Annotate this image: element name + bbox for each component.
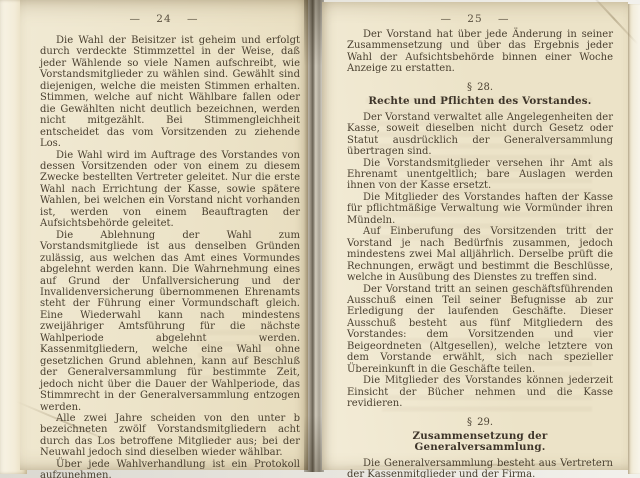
book-scan: — 24 — Die Wahl der Beisitzer ist geheim…	[0, 0, 640, 478]
body-paragraph: Auf Einberufung des Vorsitzenden tritt d…	[347, 226, 613, 283]
body-paragraph: Die Ablehnung der Wahl zum Vorstandsmitg…	[40, 230, 300, 413]
page-24-text-column: Die Wahl der Beisitzer ist geheim und er…	[40, 35, 300, 478]
page-25-text-column: Der Vorstand hat über jede Änderung in s…	[347, 29, 613, 478]
section-28-number: § 28.	[347, 82, 613, 93]
body-paragraph: Die Mitglieder des Vorstandes können jed…	[347, 375, 613, 409]
body-paragraph: Der Vorstand verwaltet alle Angelegenhei…	[347, 112, 613, 158]
body-paragraph: Der Vorstand tritt an seinen geschäftsfü…	[347, 284, 613, 376]
section-29-number: § 29.	[347, 417, 613, 428]
body-paragraph: Die Wahl wird im Auftrage des Vorstandes…	[40, 150, 300, 230]
page-25-number: — 25 —	[322, 13, 628, 25]
page-24-number: — 24 —	[20, 13, 308, 25]
body-paragraph: Die Mitglieder des Vorstandes haften der…	[347, 192, 613, 226]
body-paragraph: Die Wahl der Beisitzer ist geheim und er…	[40, 35, 300, 150]
page-24: — 24 — Die Wahl der Beisitzer ist geheim…	[20, 0, 308, 470]
body-paragraph: Der Vorstand hat über jede Änderung in s…	[347, 29, 613, 75]
body-paragraph: Die Generalversammlung besteht aus Vertr…	[347, 458, 613, 478]
section-28-title: Rechte und Pflichten des Vorstandes.	[347, 96, 613, 107]
book-binding-gutter	[304, 0, 324, 472]
section-29-title: Zusammensetzung der Generalversammlung.	[347, 431, 613, 454]
body-paragraph: Über jede Wahlverhandlung ist ein Protok…	[40, 459, 300, 478]
body-paragraph: Die Vorstandsmitglieder versehen ihr Amt…	[347, 158, 613, 192]
page-25: — 25 — Der Vorstand hat über jede Änderu…	[322, 2, 628, 470]
page-stack-edge-right	[628, 4, 640, 474]
body-paragraph: Alle zwei Jahre scheiden von den unter b…	[40, 413, 300, 459]
